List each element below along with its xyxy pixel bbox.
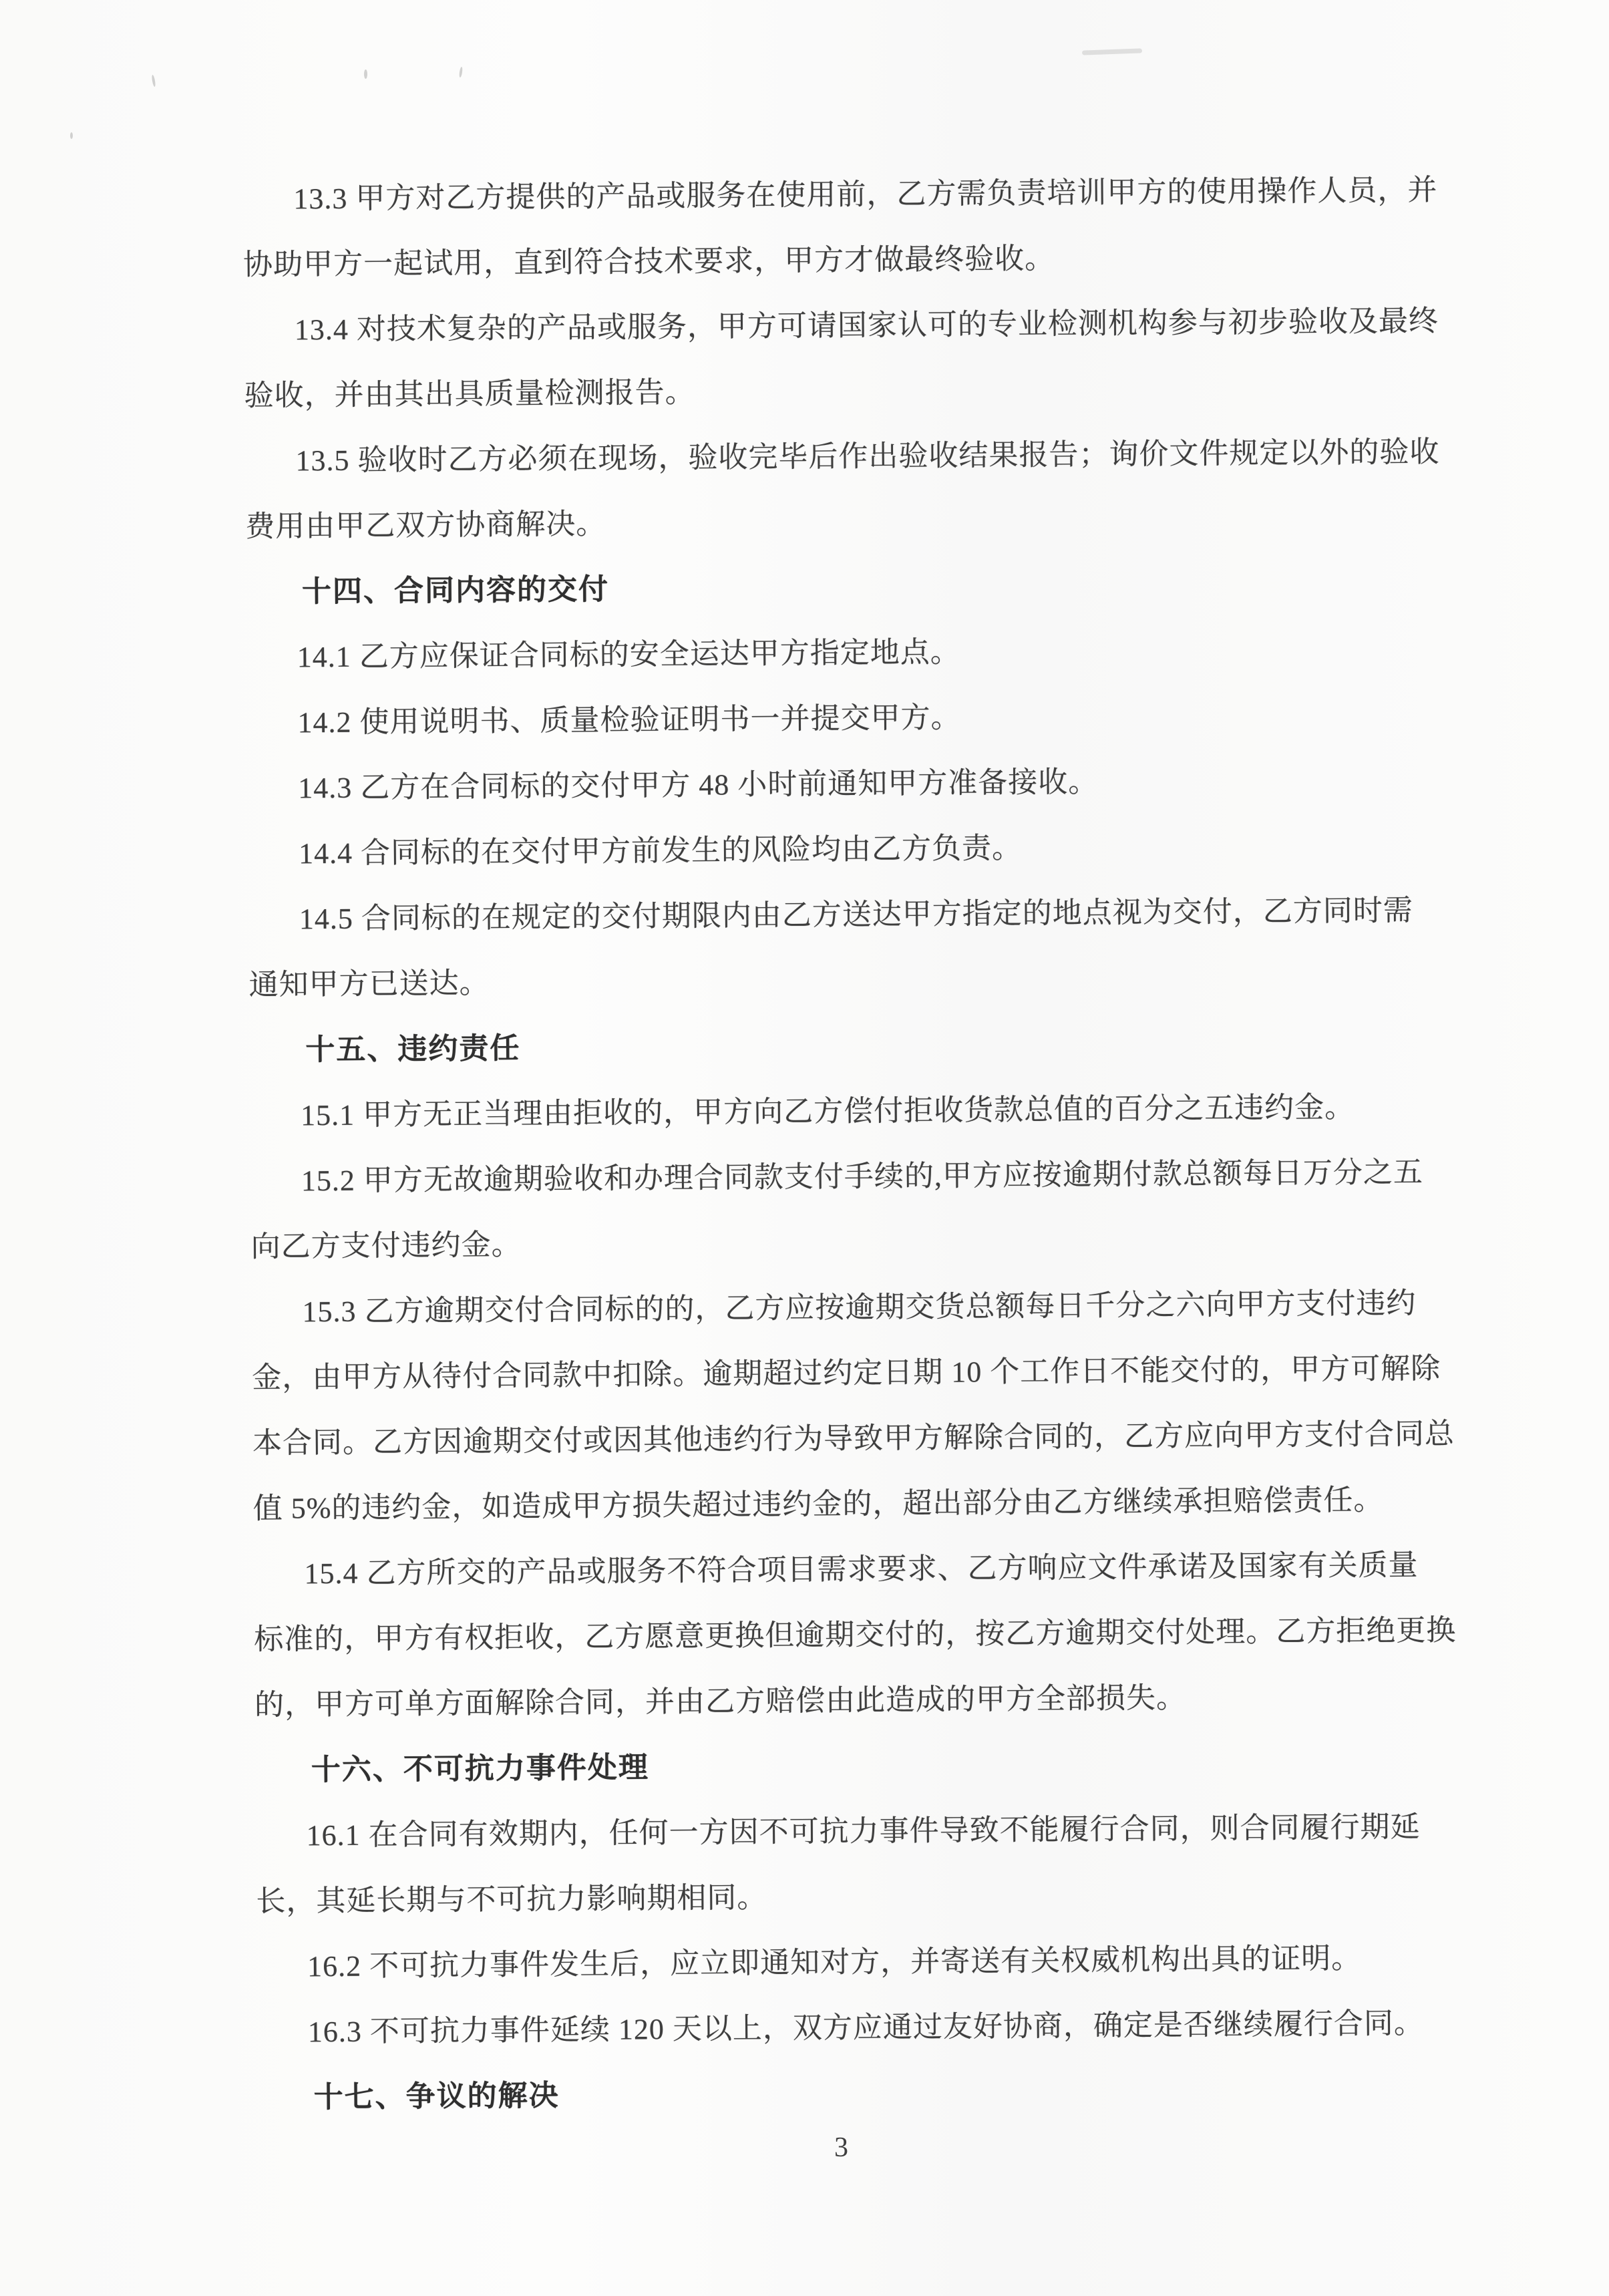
clause-15-4-line-3: 的，甲方可单方面解除合同，并由乙方赔偿由此造成的甲方全部损失。 (254, 1663, 1411, 1738)
clause-15-3-line-3: 本合同。乙方因逾期交付或因其他违约行为导致甲方解除合同的，乙方应向甲方支付合同总 (252, 1402, 1409, 1476)
section-heading-14: 十四、合同内容的交付 (246, 550, 1402, 625)
clause-13-4-line-2: 验收，并由其出具质量检测报告。 (244, 354, 1400, 429)
clause-14-5-line-2: 通知甲方已送达。 (248, 943, 1405, 1018)
clause-15-1: 15.1 甲方无正当理由拒收的，甲方向乙方偿付拒收货款总值的百分之五违约金。 (250, 1074, 1406, 1149)
clause-13-3-line-2: 协助甲方一起试用，直到符合技术要求，甲方才做最终验收。 (243, 223, 1399, 298)
clause-15-3-line-4: 值 5%的违约金，如造成甲方损失超过违约金的，超出部分由乙方继续承担赔偿责任。 (252, 1467, 1409, 1542)
clause-16-1-line-1: 16.1 在合同有效期内，任何一方因不可抗力事件导致不能履行合同，则合同履行期延 (255, 1794, 1411, 1869)
clause-14-4: 14.4 合同标的在交付甲方前发生的风险均由乙方负责。 (248, 812, 1404, 887)
clause-13-5-line-1: 13.5 验收时乙方必须在现场，验收完毕后作出验收结果报告；询价文件规定以外的验… (244, 420, 1401, 494)
scan-artifact (1082, 48, 1142, 55)
clause-15-3-line-2: 金，由甲方从待付合同款中扣除。逾期超过约定日期 10 个工作日不能交付的，甲方可… (252, 1336, 1408, 1411)
scanned-contract-page: { "document": { "lines": [ "13.3 甲方对乙方提供… (0, 0, 1609, 2296)
clause-14-1: 14.1 乙方应保证合同标的安全运达甲方指定地点。 (246, 616, 1402, 691)
clause-16-2: 16.2 不可抗力事件发生后，应立即通知对方，并寄送有关权威机构出具的证明。 (256, 1925, 1413, 2000)
scan-artifact (459, 67, 463, 77)
section-heading-15: 十五、违约责任 (249, 1009, 1405, 1084)
scan-artifact (364, 69, 367, 79)
contract-text-block: 13.3 甲方对乙方提供的产品或服务在使用前，乙方需负责培训甲方的使用操作人员，… (242, 158, 1413, 2130)
section-heading-16: 十六、不可抗力事件处理 (254, 1729, 1411, 1804)
clause-15-4-line-1: 15.4 乙方所交的产品或服务不符合项目需求要求、乙方响应文件承诺及国家有关质量 (253, 1532, 1409, 1607)
scan-artifact (151, 75, 156, 87)
clause-15-4-line-2: 标准的，甲方有权拒收，乙方愿意更换但逾期交付的，按乙方逾期交付处理。乙方拒绝更换 (254, 1598, 1410, 1673)
clause-16-3: 16.3 不可抗力事件延续 120 天以上，双方应通过友好协商，确定是否继续履行… (257, 1991, 1413, 2066)
scan-artifact (70, 132, 73, 139)
clause-15-3-line-1: 15.3 乙方逾期交付合同标的的，乙方应按逾期交货总额每日千分之六向甲方支付违约 (251, 1271, 1407, 1345)
page-number: 3 (0, 2115, 1609, 2180)
page-number-value: 3 (834, 2115, 848, 2180)
clause-15-2-line-2: 向乙方支付违约金。 (250, 1205, 1407, 1280)
clause-13-4-line-1: 13.4 对技术复杂的产品或服务，甲方可请国家认可的专业检测机构参与初步验收及最… (244, 289, 1400, 363)
clause-14-5-line-1: 14.5 合同标的在规定的交付期限内由乙方送达甲方指定的地点视为交付，乙方同时需 (248, 878, 1404, 953)
clause-13-3-line-1: 13.3 甲方对乙方提供的产品或服务在使用前，乙方需负责培训甲方的使用操作人员，… (242, 158, 1399, 232)
clause-15-2-line-1: 15.2 甲方无故逾期验收和办理合同款支付手续的,甲方应按逾期付款总额每日万分之… (250, 1140, 1407, 1214)
clause-14-3: 14.3 乙方在合同标的交付甲方 48 小时前通知甲方准备接收。 (247, 747, 1403, 822)
clause-13-5-line-2: 费用由甲乙双方协商解决。 (245, 485, 1401, 560)
clause-14-2: 14.2 使用说明书、质量检验证明书一并提交甲方。 (246, 681, 1403, 756)
clause-16-1-line-2: 长，其延长期与不可抗力影响期相同。 (256, 1860, 1412, 1935)
